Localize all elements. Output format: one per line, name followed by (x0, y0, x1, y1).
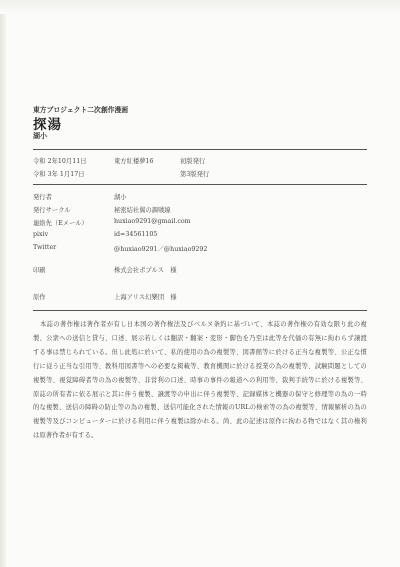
credit-label: Twitter (33, 244, 56, 251)
credit-value: id=34561105 (114, 231, 157, 238)
event: 東方紅楼夢16 (114, 156, 154, 165)
credit-label: 発行者 (33, 192, 52, 201)
divider (33, 310, 367, 311)
original-label: 原作 (33, 292, 46, 301)
page-top-shadow (0, 0, 400, 14)
original-value: 上海アリス幻樂団 様 (114, 292, 177, 301)
printer-label: 印刷 (33, 265, 46, 274)
page-spine-shadow (0, 0, 6, 567)
divider (33, 149, 367, 150)
date: 令和 2年10月11日 (33, 156, 87, 165)
divider (33, 184, 367, 185)
credit-value: huxiao9291@gmail.com (114, 218, 191, 225)
credit-label: pixiv (33, 231, 48, 238)
credit-value: 秘密結社翼の調戦線 (114, 205, 171, 214)
book-title: 探湯 (33, 113, 365, 133)
credit-label: 発行サークル (33, 205, 71, 214)
author-name: 湖小 (33, 131, 365, 141)
credit-label: 連絡先（Eメール） (33, 218, 88, 227)
date: 令和 3年 1月17日 (33, 169, 85, 178)
edition: 第3版発行 (180, 169, 209, 178)
credit-value: @huxiao9291／@huxiao9292 (114, 244, 207, 253)
copyright-notice: 本誌の著作権は著作者が有し日本国の著作権法及びベルヌ条約に基づいて、本誌の著作権… (33, 318, 367, 443)
printer-value: 株式会社ポプルス 様 (114, 265, 177, 274)
credit-value: 湖小 (114, 192, 127, 201)
edition: 初版発行 (180, 156, 205, 165)
